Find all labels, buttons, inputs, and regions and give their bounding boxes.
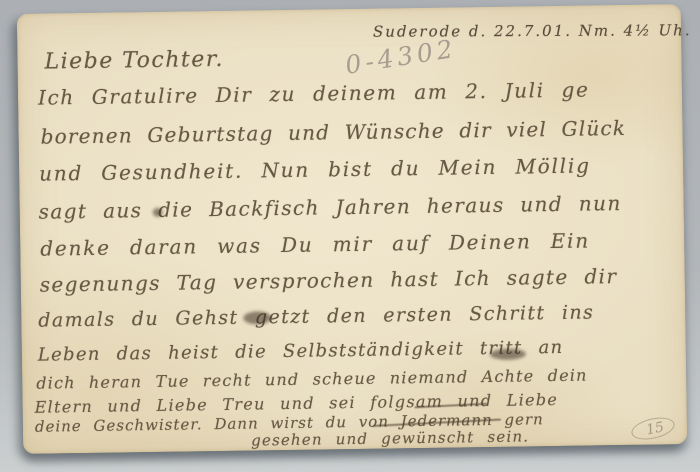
handwriting-line: Leben das heist die Selbstständigkeit tr… (38, 337, 564, 366)
handwriting-line: gesehen und gewünscht sein. (251, 427, 529, 449)
postcard: Suderode d. 22.7.01. Nm. 4½ Uh. 0-4302 L… (17, 4, 687, 454)
handwriting-line: denke daran was Du mir auf Deinen Ein (40, 228, 590, 260)
handwriting-line: sagt aus die Backfisch Jahren heraus und… (39, 191, 622, 224)
handwriting-line: borenen Geburtstag und Wünsche dir viel … (40, 116, 626, 149)
dateline-text: Suderode d. 22.7.01. Nm. 4½ Uh. (373, 21, 692, 40)
pencil-oval-mark (629, 414, 676, 443)
catalog-number-pencil: 0-4302 (343, 34, 458, 80)
handwriting-line: Ich Gratulire Dir zu deinem am 2. Juli g… (38, 77, 590, 109)
handwriting-line: segenungs Tag versprochen hast Ich sagte… (40, 264, 618, 297)
photo-background: Suderode d. 22.7.01. Nm. 4½ Uh. 0-4302 L… (0, 0, 700, 472)
handwriting-line: und Gesundheit. Nun bist du Mein Möllig (39, 153, 591, 185)
salutation-text: Liebe Tochter. (44, 47, 224, 75)
handwriting-line: dich heran Tue recht und scheue niemand … (36, 366, 588, 393)
handwriting-line: damals du Gehst getzt den ersten Schritt… (38, 301, 594, 331)
